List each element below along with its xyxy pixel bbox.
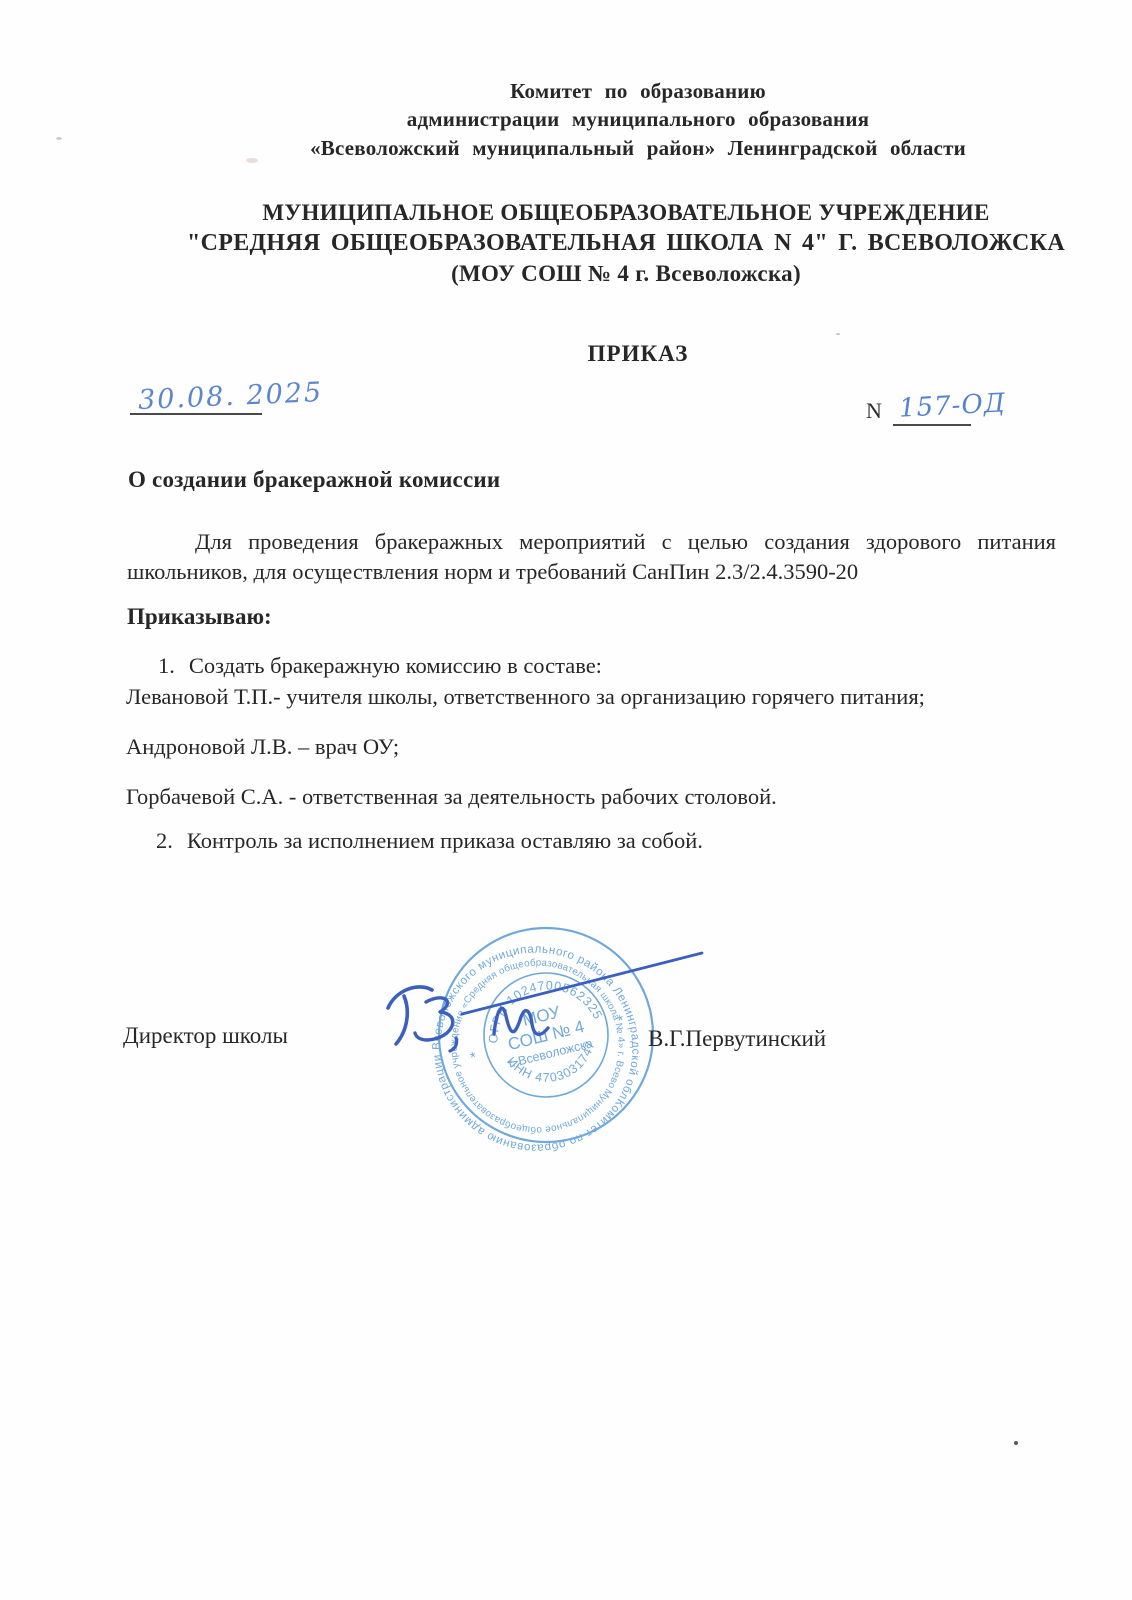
order-date-handwritten: 30.08. 2025 bbox=[137, 377, 323, 416]
header-committee-line2: администрации муниципального образования bbox=[0, 105, 1132, 133]
scan-speck bbox=[246, 158, 258, 163]
date-underline bbox=[130, 413, 262, 415]
director-name: В.Г.Первутинский bbox=[648, 1026, 826, 1052]
member-line-3: Горбачевой С.А. - ответственная за деяте… bbox=[126, 784, 777, 810]
org-name-line2: "СРЕДНЯЯ ОБЩЕОБРАЗОВАТЕЛЬНАЯ ШКОЛА N 4" … bbox=[0, 230, 1132, 257]
intro-line1: Для проведения бракеражных мероприятий с… bbox=[127, 527, 1056, 557]
order-verb: Приказываю: bbox=[127, 604, 272, 630]
header-committee-line3: «Всеволожский муниципальный район» Ленин… bbox=[0, 134, 1132, 162]
scan-speck bbox=[836, 333, 840, 335]
order-number-handwritten: 157-ОД bbox=[898, 388, 1006, 424]
member-line-2: Андроновой Л.В. – врач ОУ; bbox=[126, 734, 399, 760]
scan-speck bbox=[1014, 1441, 1018, 1445]
order-number-label: N bbox=[866, 398, 882, 424]
order-title: ПРИКАЗ bbox=[0, 341, 1132, 367]
order-subject: О создании бракеражной комиссии bbox=[128, 467, 500, 493]
scan-speck bbox=[56, 137, 62, 140]
member-line-1: Левановой Т.П.- учителя школы, ответстве… bbox=[126, 684, 925, 710]
list-item-1: 1.Создать бракеражную комиссию в составе… bbox=[158, 653, 602, 679]
intro-paragraph: Для проведения бракеражных мероприятий с… bbox=[127, 527, 1056, 587]
list-item-2: 2.Контроль за исполнением приказа оставл… bbox=[156, 828, 703, 854]
number-underline bbox=[893, 424, 971, 426]
list-item-1-text: Создать бракеражную комиссию в составе: bbox=[189, 653, 602, 678]
intro-line2: школьников, для осуществления норм и тре… bbox=[127, 557, 1056, 587]
list-item-1-number: 1. bbox=[158, 653, 175, 678]
list-item-2-text: Контроль за исполнением приказа оставляю… bbox=[187, 828, 703, 853]
list-item-2-number: 2. bbox=[156, 828, 173, 853]
scanned-order-document: Комитет по образованию администрации мун… bbox=[0, 0, 1132, 1600]
director-role-label: Директор школы bbox=[123, 1023, 288, 1049]
header-committee-line1: Комитет по образованию bbox=[0, 77, 1132, 105]
org-name-line3: (МОУ СОШ № 4 г. Всеволожска) bbox=[0, 261, 1132, 287]
org-name-line1: МУНИЦИПАЛЬНОЕ ОБЩЕОБРАЗОВАТЕЛЬНОЕ УЧРЕЖД… bbox=[0, 200, 1132, 226]
